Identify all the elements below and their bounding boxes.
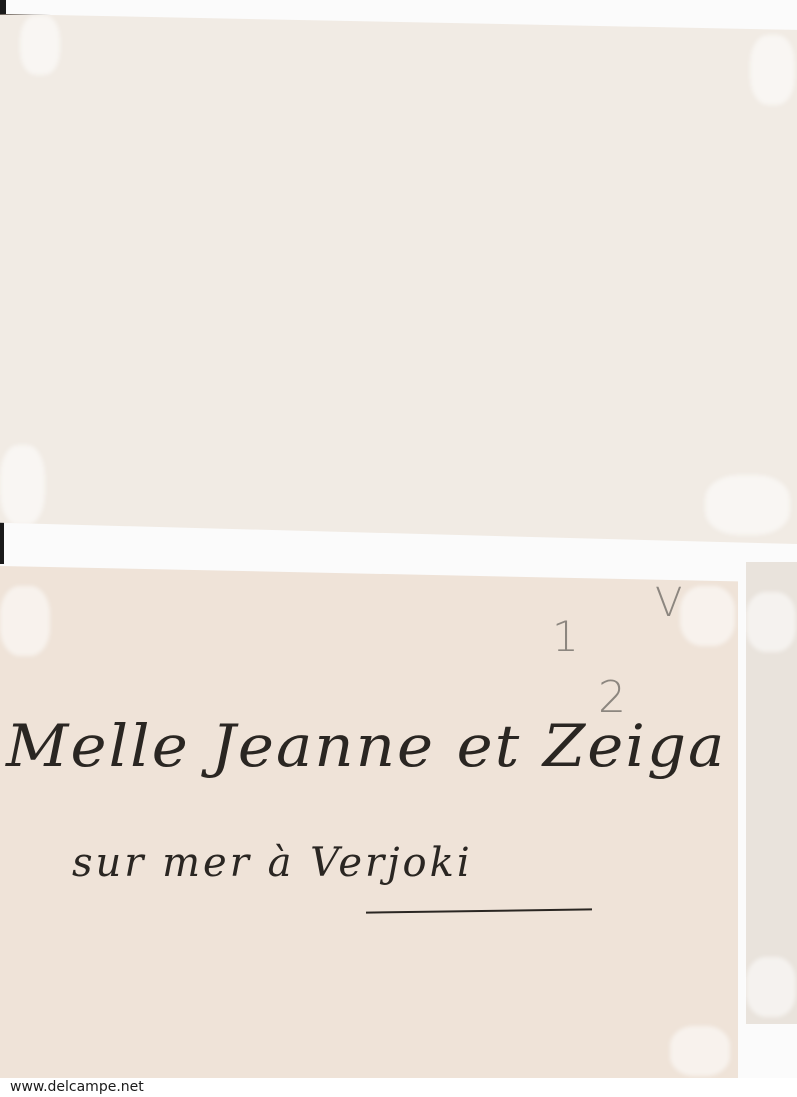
glue-residue [750,35,795,105]
glue-residue [670,1026,730,1076]
card-bottom-inscribed [0,566,738,1078]
glue-residue [746,957,796,1017]
glue-residue [705,475,790,535]
card-side-fragment [746,562,797,1024]
handwriting-line-2: sur mer à Verjoki [72,840,473,886]
card-top-blank [0,14,797,544]
glue-residue [0,586,50,656]
scan-edge-shadow [0,522,4,564]
glue-residue [20,15,60,75]
glue-residue [680,586,735,646]
handwriting-line-1: Melle Jeanne et Zeiga [6,712,726,780]
watermark-bar: www.delcampe.net [0,1078,797,1097]
watermark-text: www.delcampe.net [10,1079,144,1095]
pencil-corner-mark: V [655,580,682,626]
pencil-numerator: 1 [552,612,579,661]
scan-edge-shadow [0,0,6,14]
glue-residue [746,592,796,652]
glue-residue [0,445,45,525]
